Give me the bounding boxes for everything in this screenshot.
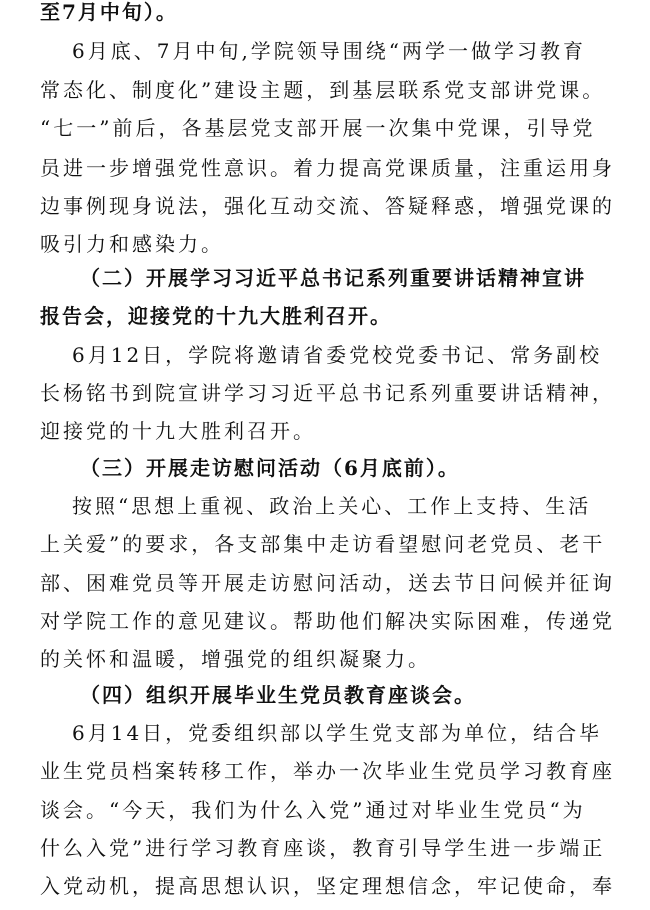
paragraph-line: 按照“思想上重视、政治上关心、工作上支持、生活	[72, 494, 650, 518]
paragraph-line: 吸引力和感染力。	[40, 232, 620, 256]
section-heading: （三）开展走访慰问活动（6月底前）。	[80, 456, 650, 480]
section-heading: （二）开展学习习近平总书记系列重要讲话精神宣讲	[80, 266, 650, 290]
paragraph-line: 6月12日，学院将邀请省委党校党委书记、常务副校	[72, 343, 650, 367]
paragraph-line: 谈会。“今天，我们为什么入党”通过对毕业生党员“为	[40, 798, 620, 822]
paragraph-line: 部、困难党员等开展走访慰问活动，送去节日问候并征询	[40, 571, 620, 595]
section-heading: 报告会，迎接党的十九大胜利召开。	[40, 304, 620, 328]
paragraph-line: 上关爱”的要求，各支部集中走访看望慰问老党员、老干	[40, 532, 620, 556]
paragraph-line: “七一”前后，各基层党支部开展一次集中党课，引导党	[40, 116, 620, 140]
document-page: 至7月中旬）。6月底、7月中旬,学院领导围绕“两学一做学习教育常态化、制度化”建…	[0, 0, 650, 910]
paragraph-line: 员进一步增强党性意识。着力提高党课质量，注重运用身	[40, 156, 620, 180]
paragraph-line: 常态化、制度化”建设主题，到基层联系党支部讲党课。	[40, 78, 620, 102]
paragraph-line: 6月14日，党委组织部以学生党支部为单位，结合毕	[72, 721, 650, 745]
paragraph-line: 长杨铭书到院宣讲学习习近平总书记系列重要讲话精神，	[40, 381, 620, 405]
paragraph-line: 业生党员档案转移工作，举办一次毕业生党员学习教育座	[40, 759, 620, 783]
paragraph-line: 入党动机，提高思想认识，坚定理想信念，牢记使命，奉	[40, 874, 620, 898]
paragraph-line: 迎接党的十九大胜利召开。	[40, 419, 620, 443]
paragraph-line: 边事例现身说法，强化互动交流、答疑释惑，增强党课的	[40, 194, 620, 218]
paragraph-line: 6月底、7月中旬,学院领导围绕“两学一做学习教育	[72, 39, 650, 63]
section-heading: 至7月中旬）。	[40, 0, 620, 24]
section-heading: （四）组织开展毕业生党员教育座谈会。	[80, 683, 650, 707]
paragraph-line: 的关怀和温暖，增强党的组织凝聚力。	[40, 647, 620, 671]
paragraph-line: 对学院工作的意见建议。帮助他们解决实际困难，传递党	[40, 609, 620, 633]
paragraph-line: 什么入党”进行学习教育座谈，教育引导学生进一步端正	[40, 836, 620, 860]
